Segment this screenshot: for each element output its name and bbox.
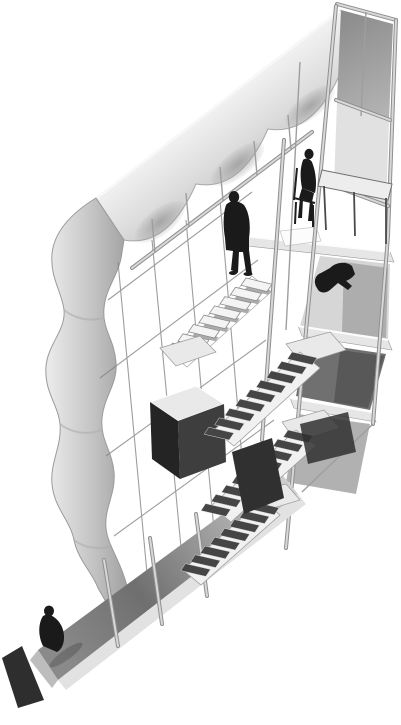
standing-person-foot [244, 272, 253, 276]
crouching-person-head [44, 606, 54, 617]
standing-person-foot [229, 271, 237, 275]
standing-person-head [229, 191, 239, 203]
seated-person-head [304, 149, 313, 159]
architectural-rendering [0, 0, 401, 725]
rendering-canvas [0, 0, 401, 725]
